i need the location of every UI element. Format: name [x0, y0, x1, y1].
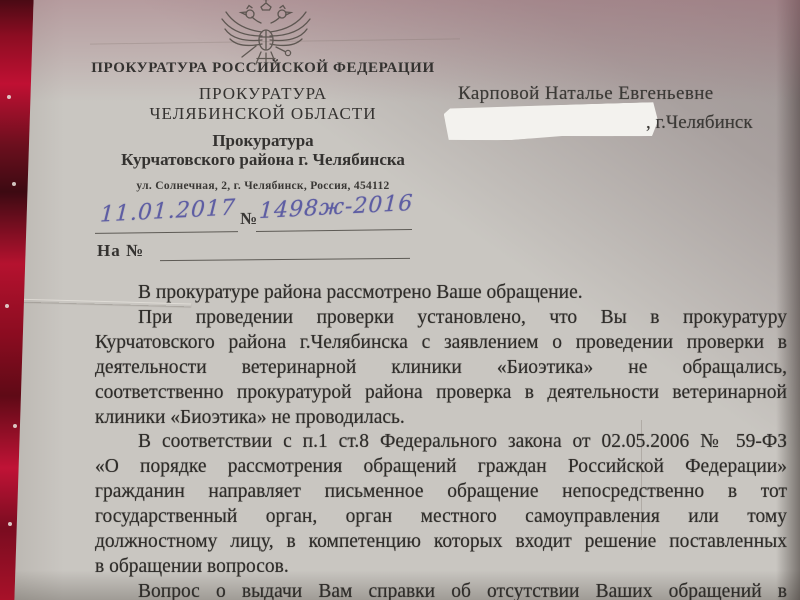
body-line: Вопрос о выдачи Вам справки об отсутстви… [95, 580, 787, 600]
paper-speck [5, 304, 9, 308]
date-underline [95, 230, 238, 234]
org-district-line1: Прокуратура [62, 131, 464, 150]
org-region-line1: ПРОКУРАТУРА [62, 84, 464, 104]
body-line: В соответствии с п.1 ст.8 Федерального з… [95, 430, 787, 455]
body-line: гражданин направляет письменное обращени… [95, 480, 787, 505]
redaction-strip [444, 102, 659, 142]
letter-body: В прокуратуре района рассмотрено Ваше об… [95, 281, 787, 600]
body-line: деятельности ветеринарной клиники «Биоэт… [95, 356, 787, 381]
number-sign: № [240, 209, 257, 229]
body-line: Курчатовского района г.Челябинска с заяв… [95, 331, 787, 356]
letterhead: ПРОКУРАТУРА РОССИЙСКОЙ ФЕДЕРАЦИИ ПРОКУРА… [62, 60, 464, 192]
reply-to-underline [160, 257, 410, 261]
body-line: государственный орган, орган местного са… [95, 505, 787, 530]
reply-to-label: На № [97, 241, 144, 261]
number-underline [256, 228, 412, 232]
body-line: «О порядке рассмотрения обращений гражда… [95, 455, 787, 480]
org-region-line2: ЧЕЛЯБИНСКОЙ ОБЛАСТИ [62, 104, 464, 124]
letter-paper: ПРОКУРАТУРА РОССИЙСКОЙ ФЕДЕРАЦИИ ПРОКУРА… [0, 0, 800, 600]
org-district-line2: Курчатовского района г. Челябинска [62, 150, 464, 169]
body-line: в обращении вопросов. [95, 555, 787, 580]
body-line: В прокуратуре района рассмотрено Ваше об… [95, 281, 787, 306]
recipient-city: , г.Челябинск [646, 112, 753, 134]
org-federation: ПРОКУРАТУРА РОССИЙСКОЙ ФЕДЕРАЦИИ [62, 60, 464, 77]
paper-speck [7, 95, 11, 99]
paper-speck [13, 424, 17, 428]
body-line: При проведении проверки установлено, что… [95, 306, 787, 331]
paper-speck [8, 522, 12, 526]
handwritten-date: 11.01.2017 [99, 195, 236, 227]
paper-speck [12, 182, 16, 186]
body-line: должностному лицу, в компетенцию которых… [95, 530, 787, 555]
body-line: соответственно прокуратурой района прове… [95, 381, 787, 406]
org-address: ул. Солнечная, 2, г. Челябинск, Россия, … [62, 180, 464, 192]
coat-of-arms-icon [216, 0, 316, 68]
recipient-name: Карповой Наталье Евгеньевне [458, 83, 714, 105]
handwritten-number: 1498ж-2016 [258, 191, 414, 224]
document-photo: ПРОКУРАТУРА РОССИЙСКОЙ ФЕДЕРАЦИИ ПРОКУРА… [0, 0, 800, 600]
body-line: клиники «Биоэтика» не проводилась. [95, 406, 787, 431]
